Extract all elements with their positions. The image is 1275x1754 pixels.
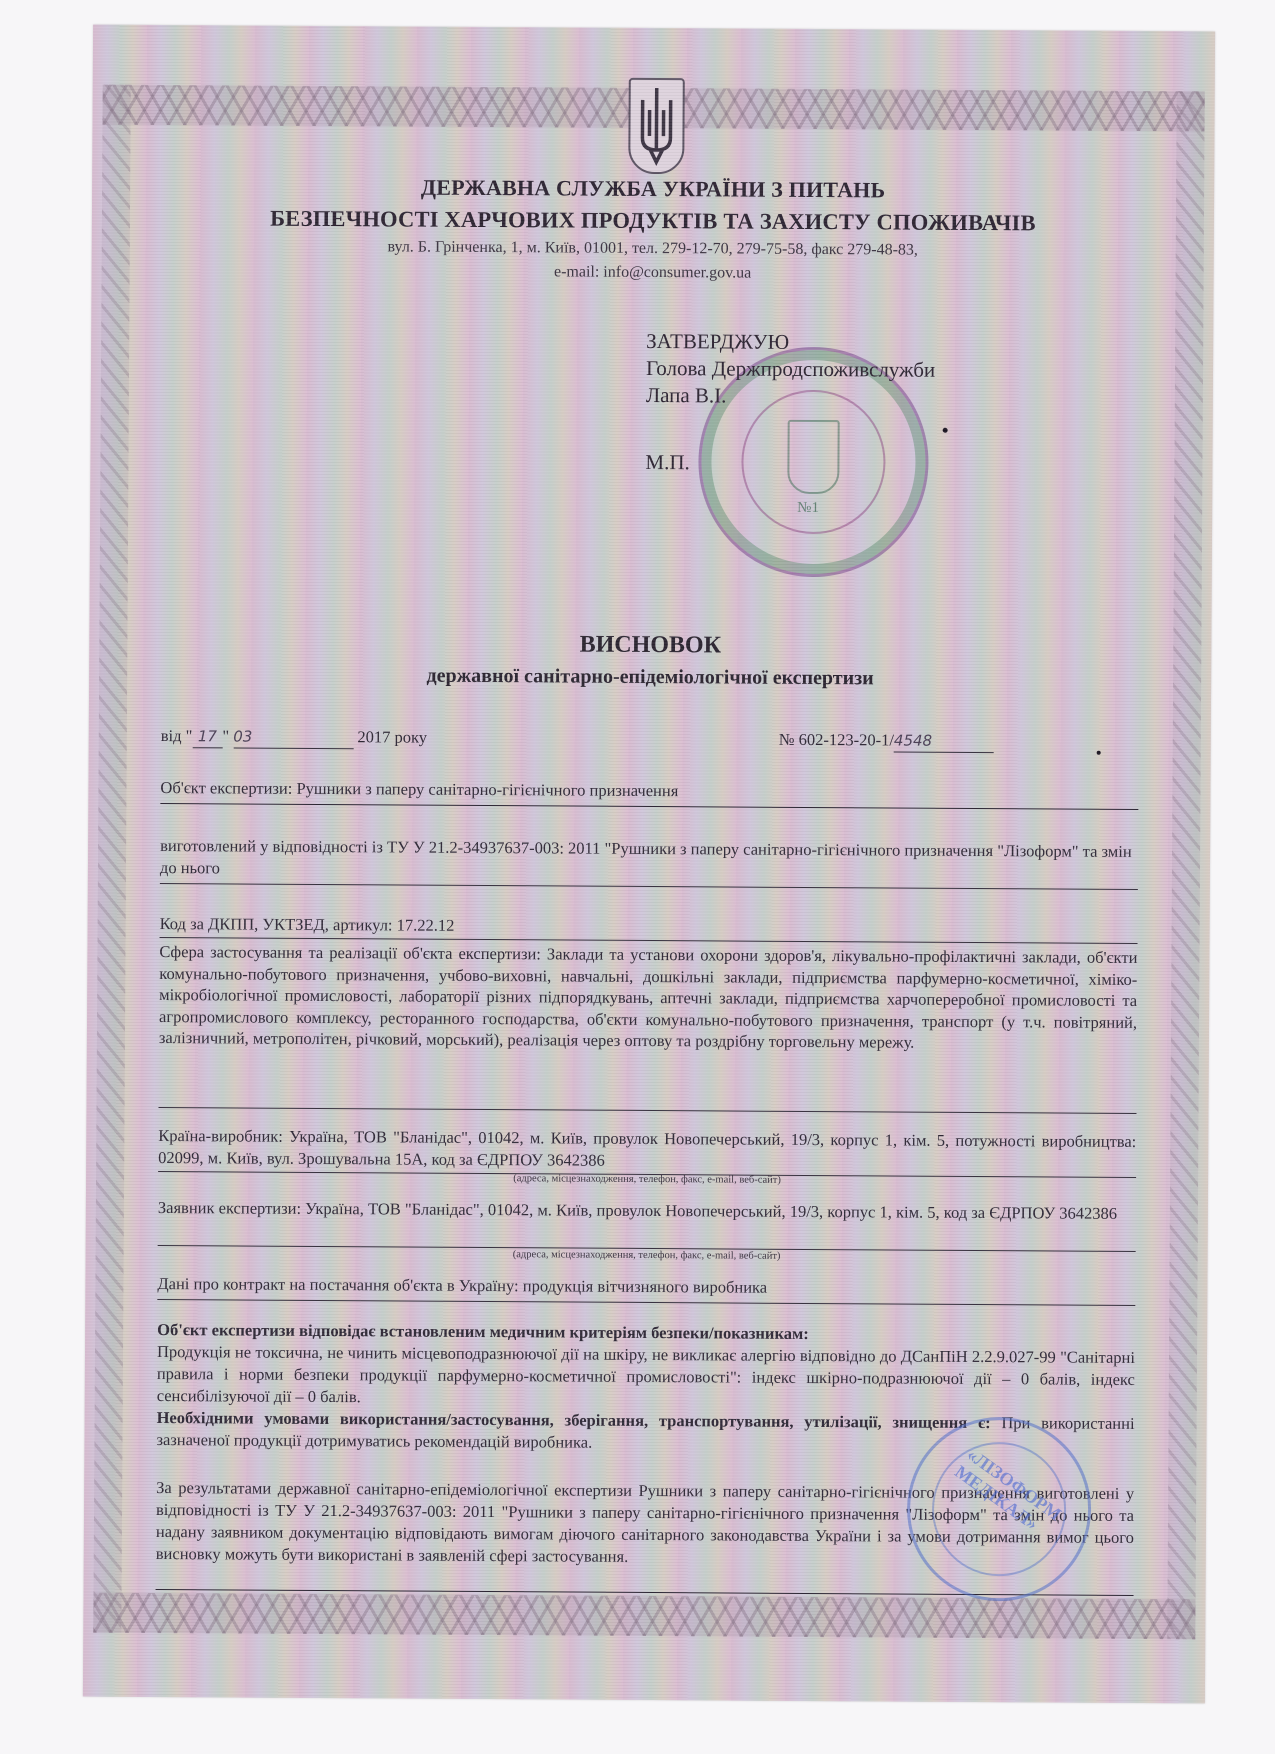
guilloche-border-bottom [93,1593,1195,1640]
seal-mark: М.П. [645,449,934,478]
date-day: 17 [192,725,222,748]
field-scope: Сфера застосування та реалізації об'єкта… [159,941,1138,1054]
ink-dot [1097,751,1101,755]
org-address: вул. Б. Грінченка, 1, м. Київ, 01001, те… [92,237,1214,262]
seal-number: №1 [797,500,819,517]
org-name-line1: ДЕРЖАВНА СЛУЖБА УКРАЇНИ З ПИТАНЬ [92,173,1214,206]
document-subtitle: державної санітарно-епідеміологічної екс… [89,663,1211,693]
approve-label: ЗАТВЕРДЖУЮ [646,328,935,357]
doc-number: № 602-123-20-1/4548 [779,729,994,753]
conformity-text: Продукція не токсична, не чинить місцево… [157,1341,1135,1413]
field-manufactured: виготовлений у відповідності із ТУ У 21.… [160,835,1138,885]
conditions-block: Необхідними умовами використання/застосу… [156,1407,1134,1457]
field-code: Код за ДКПП, УКТЗЕД, артикул: 17.22.12 [160,913,1138,941]
field-contract: Дані про контракт на постачання об'єкта … [157,1273,1135,1301]
date-suffix: 2017 року [357,727,427,746]
conclusion-text: За результатами державної санітарно-епід… [156,1477,1135,1571]
approval-block: ЗАТВЕРДЖУЮ Голова Держпродспоживслужби Л… [645,328,935,478]
date-number-line: від "17" 03 2017 року № 602-123-20-1/454… [161,725,1139,754]
ink-dot [943,428,948,433]
date-quote: " [222,726,229,745]
approver-position: Голова Держпродспоживслужби [646,355,935,384]
doc-number-prefix: № 602-123-20-1/ [779,730,894,750]
field-applicant: Заявник експертизи: Україна, ТОВ "Бланід… [158,1197,1136,1225]
certificate-sheet: ДЕРЖАВНА СЛУЖБА УКРАЇНИ З ПИТАНЬ БЕЗПЕЧН… [83,25,1215,1704]
org-name-line2: БЕЗПЕЧНОСТІ ХАРЧОВИХ ПРОДУКТІВ ТА ЗАХИСТ… [92,205,1214,238]
doc-number-value: 4548 [894,729,994,753]
org-email: e-mail: info@consumer.gov.ua [92,261,1214,286]
field-object: Об'єкт експертизи: Рушники з паперу сані… [160,777,1138,805]
date-prefix: від " [161,726,193,745]
approver-name: Лапа В.І. [646,382,935,411]
guilloche-border-left [93,85,130,1633]
applicant-caption: (адреса, місцезнаходження, телефон, факс… [86,1247,1208,1265]
guilloche-border-right [1167,91,1204,1639]
document-title: ВИСНОВОК [89,629,1211,663]
trident-coat-of-arms-icon [628,78,685,174]
divider [159,1107,1137,1114]
field-country: Країна-виробник: Україна, ТОВ "Бланідас"… [158,1125,1136,1175]
date-month: 03 [233,725,353,749]
conditions-label: Необхідними умовами використання/застосу… [157,1408,991,1432]
